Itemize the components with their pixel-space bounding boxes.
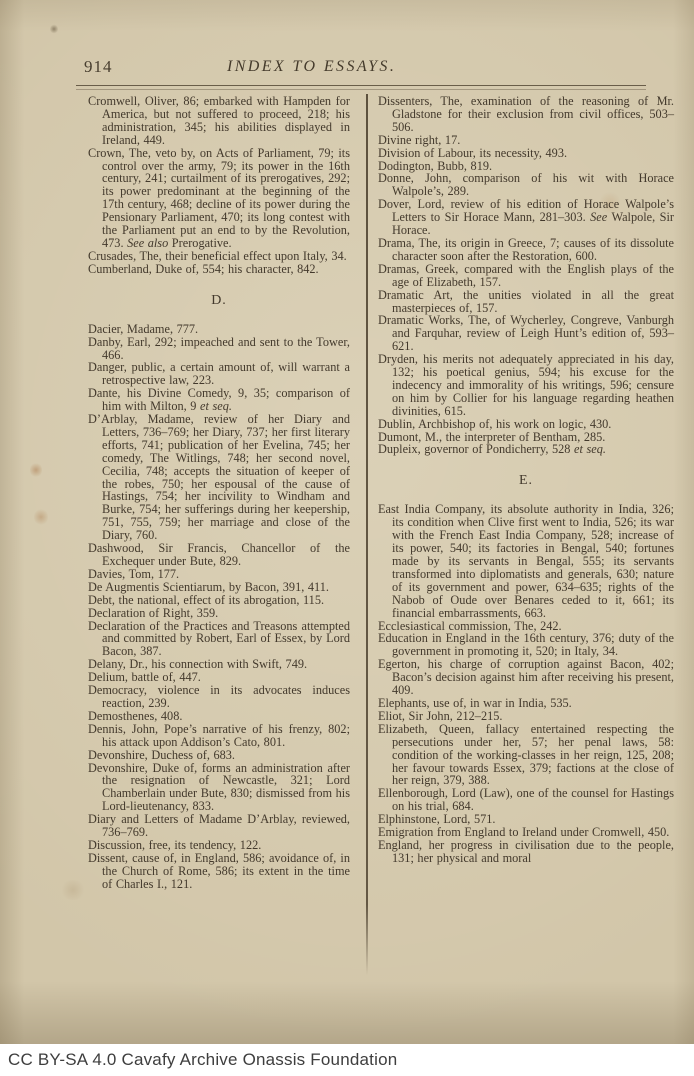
page-title: INDEX TO ESSAYS. <box>227 58 396 76</box>
index-entry: Declaration of the Practices and Treason… <box>88 620 350 659</box>
index-entry: Dramas, Greek, compared with the English… <box>378 263 674 289</box>
index-entry: Democracy, violence in its advocates ind… <box>88 684 350 710</box>
index-entry: Drama, The, its origin in Greece, 7; cau… <box>378 237 674 263</box>
index-entry: Dashwood, Sir Francis, Chancellor of the… <box>88 542 350 568</box>
index-entry: Danger, public, a certain amount of, wil… <box>88 361 350 387</box>
index-entry: Dublin, Archbishop of, his work on logic… <box>378 418 674 431</box>
index-column-left: Cromwell, Oliver, 86; embarked with Hamp… <box>88 95 350 891</box>
index-entry: Dissent, cause of, in England, 586; avoi… <box>88 852 350 891</box>
header-rule <box>76 85 646 90</box>
section-heading: D. <box>88 293 350 309</box>
paper-stain <box>34 508 48 526</box>
scanned-book-page: 914 INDEX TO ESSAYS. Cromwell, Oliver, 8… <box>0 0 694 1076</box>
index-entry: Diary and Letters of Madame D’Arblay, re… <box>88 813 350 839</box>
index-entry: Dennis, John, Pope’s narrative of his fr… <box>88 723 350 749</box>
index-entry: Cumberland, Duke of, 554; his character,… <box>88 263 350 276</box>
license-bar: CC BY-SA 4.0 Cavafy Archive Onassis Foun… <box>0 1044 694 1076</box>
index-entry: Dacier, Madame, 777. <box>88 323 350 336</box>
index-entry: Discussion, free, its tendency, 122. <box>88 839 350 852</box>
index-entry: Debt, the national, effect of its abroga… <box>88 594 350 607</box>
paper-background: 914 INDEX TO ESSAYS. Cromwell, Oliver, 8… <box>0 0 694 1044</box>
index-column-right: Dissenters, The, examination of the reas… <box>378 95 674 865</box>
index-entry: Davies, Tom, 177. <box>88 568 350 581</box>
section-heading: E. <box>378 473 674 489</box>
index-entry: Demosthenes, 408. <box>88 710 350 723</box>
index-entry: Donne, John, comparison of his wit with … <box>378 172 674 198</box>
index-entry: Elizabeth, Queen, fallacy entertained re… <box>378 723 674 788</box>
index-entry: Education in England in the 16th century… <box>378 632 674 658</box>
index-entry: Crusades, The, their beneficial effect u… <box>88 250 350 263</box>
index-entry: Declaration of Right, 359. <box>88 607 350 620</box>
index-entry: East India Company, its absolute authori… <box>378 503 674 619</box>
index-entry: Crown, The, veto by, on Acts of Parliame… <box>88 147 350 250</box>
page-number: 914 <box>84 57 113 77</box>
index-entry: England, her progress in civilisation du… <box>378 839 674 865</box>
index-entry: Dramatic Works, The, of Wycherley, Congr… <box>378 314 674 353</box>
index-entry: Cromwell, Oliver, 86; embarked with Hamp… <box>88 95 350 147</box>
index-entry: Devonshire, Duchess of, 683. <box>88 749 350 762</box>
index-entry: Dupleix, governor of Pondicherry, 528 et… <box>378 443 674 456</box>
paper-stain <box>30 462 42 478</box>
index-entry: Dramatic Art, the unities violated in al… <box>378 289 674 315</box>
index-entry: De Augmentis Scientiarum, by Bacon, 391,… <box>88 581 350 594</box>
index-entry: Division of Labour, its necessity, 493. <box>378 147 674 160</box>
index-entry: Danby, Earl, 292; impeached and sent to … <box>88 336 350 362</box>
index-entry: D’Arblay, Madame, review of her Diary an… <box>88 413 350 542</box>
column-divider <box>366 94 368 975</box>
index-entry: Elephants, use of, in war in India, 535. <box>378 697 674 710</box>
index-entry: Dissenters, The, examination of the reas… <box>378 95 674 134</box>
index-entry: Egerton, his charge of corruption agains… <box>378 658 674 697</box>
index-entry: Dryden, his merits not adequately apprec… <box>378 353 674 418</box>
index-entry: Dante, his Divine Comedy, 9, 35; compari… <box>88 387 350 413</box>
paper-stain <box>60 880 86 900</box>
index-entry: Devonshire, Duke of, forms an administra… <box>88 762 350 814</box>
license-text: CC BY-SA 4.0 Cavafy Archive Onassis Foun… <box>8 1050 397 1070</box>
index-entry: Ellenborough, Lord (Law), one of the cou… <box>378 787 674 813</box>
index-entry: Dover, Lord, review of his edition of Ho… <box>378 198 674 237</box>
index-entry: Emigration from England to Ireland under… <box>378 826 674 839</box>
paper-stain <box>50 24 58 34</box>
index-entry: Divine right, 17. <box>378 134 674 147</box>
index-entry: Eliot, Sir John, 212–215. <box>378 710 674 723</box>
